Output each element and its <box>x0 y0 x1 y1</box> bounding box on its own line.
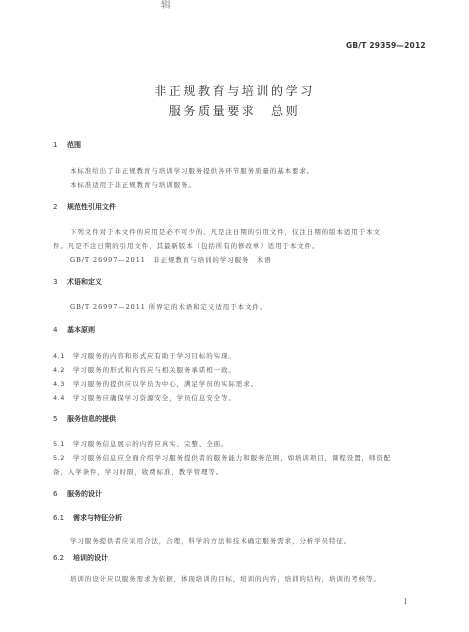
paragraph: 本标准适用于非正规教育与培训服务。 <box>70 180 196 189</box>
section-title: 术语和定义 <box>67 278 102 286</box>
document-title-line1: 非正规教育与培训的学习 <box>0 82 469 99</box>
paragraph: 下列文件对于本文件的应用是必不可少的。凡是注日期的引用文件，仅注日期的版本适用于… <box>70 227 381 236</box>
section-heading-4: 4基本原则 <box>53 325 95 335</box>
clause-4-2: 4.2学习服务的形式和内容应与相关服务承诺相一致。 <box>53 365 236 374</box>
clause-number: 5.2 <box>53 454 73 462</box>
clause-text: 学习服务的提供应以学员为中心，满足学员的实际需求。 <box>73 380 258 388</box>
subsection-title: 需求与特征分析 <box>73 514 122 522</box>
clause-5-1: 5.1学习服务信息展示的内容应真实、完整、全面。 <box>53 439 228 448</box>
clause-number: 4.2 <box>53 366 73 374</box>
clause-number: 4.4 <box>53 394 73 402</box>
clause-text: 学习服务的形式和内容应与相关服务承诺相一致。 <box>73 366 236 374</box>
section-heading-2: 2规范性引用文件 <box>53 202 116 212</box>
top-margin-mark: 辑 <box>161 0 171 11</box>
clause-text: 学习服务信息展示的内容应真实、完整、全面。 <box>73 440 228 448</box>
normative-reference: GB/T 26997—2011 非正规教育与培训的学习服务 术语 <box>70 255 272 264</box>
clause-text: 学习服务应确保学习资源安全，学员信息安全等。 <box>73 394 236 402</box>
clause-4-4: 4.4学习服务应确保学习资源安全，学员信息安全等。 <box>53 393 236 402</box>
paragraph: 本标准给出了非正规教育与培训学习服务提供各环节服务质量的基本要求。 <box>70 166 314 175</box>
clause-4-3: 4.3学习服务的提供应以学员为中心，满足学员的实际需求。 <box>53 379 258 388</box>
section-number: 3 <box>53 278 67 286</box>
clause-number: 4.3 <box>53 380 73 388</box>
clause-text: 学习服务信息应全面介绍学习服务提供者的服务能力和服务范围，如培训项目，课程设置，… <box>73 454 391 462</box>
standard-number: GB/T 29359—2012 <box>346 41 426 50</box>
section-number: 1 <box>53 141 67 149</box>
section-title: 服务的设计 <box>67 490 102 498</box>
section-number: 2 <box>53 203 67 211</box>
subsection-heading-6-1: 6.1需求与特征分析 <box>53 513 122 523</box>
subsection-title: 培训的设计 <box>73 554 108 562</box>
section-heading-1: 1范围 <box>53 140 81 150</box>
page-number: I <box>404 598 407 606</box>
subsection-number: 6.1 <box>53 514 73 522</box>
paragraph: 培训的设计应以服务需求为依据，体现培训的目标，培训的内容，培训的结构，培训的考核… <box>70 574 381 583</box>
section-heading-5: 5服务信息的提供 <box>53 414 116 424</box>
paragraph-continuation: 件。凡是不注日期的引用文件，其最新版本（包括所有的修改单）适用于本文件。 <box>53 241 319 250</box>
clause-5-2-continuation: 备，入学条件，学习时限，收费标准，教学管理等。 <box>53 467 223 476</box>
section-title: 范围 <box>67 141 81 149</box>
section-number: 6 <box>53 490 67 498</box>
section-heading-6: 6服务的设计 <box>53 489 102 499</box>
section-title: 规范性引用文件 <box>67 203 116 211</box>
section-title: 服务信息的提供 <box>67 415 116 423</box>
section-number: 5 <box>53 415 67 423</box>
section-heading-3: 3术语和定义 <box>53 277 102 287</box>
section-number: 4 <box>53 326 67 334</box>
clause-4-1: 4.1学习服务的内容和形式应有助于学习目标的实现。 <box>53 351 236 360</box>
clause-5-2: 5.2学习服务信息应全面介绍学习服务提供者的服务能力和服务范围，如培训项目，课程… <box>53 453 391 462</box>
subsection-heading-6-2: 6.2培训的设计 <box>53 553 108 563</box>
section-title: 基本原则 <box>67 326 95 334</box>
clause-number: 5.1 <box>53 440 73 448</box>
document-title-line2: 服务质量要求 总则 <box>0 102 469 119</box>
paragraph: GB/T 26997—2011 所界定的术语和定义适用于本文件。 <box>70 302 267 311</box>
clause-number: 4.1 <box>53 352 73 360</box>
paragraph: 学习服务提供者应采用合法，合理，科学的方法和技术确定服务需求，分析学员特征。 <box>70 536 351 545</box>
subsection-number: 6.2 <box>53 554 73 562</box>
clause-text: 学习服务的内容和形式应有助于学习目标的实现。 <box>73 352 236 360</box>
